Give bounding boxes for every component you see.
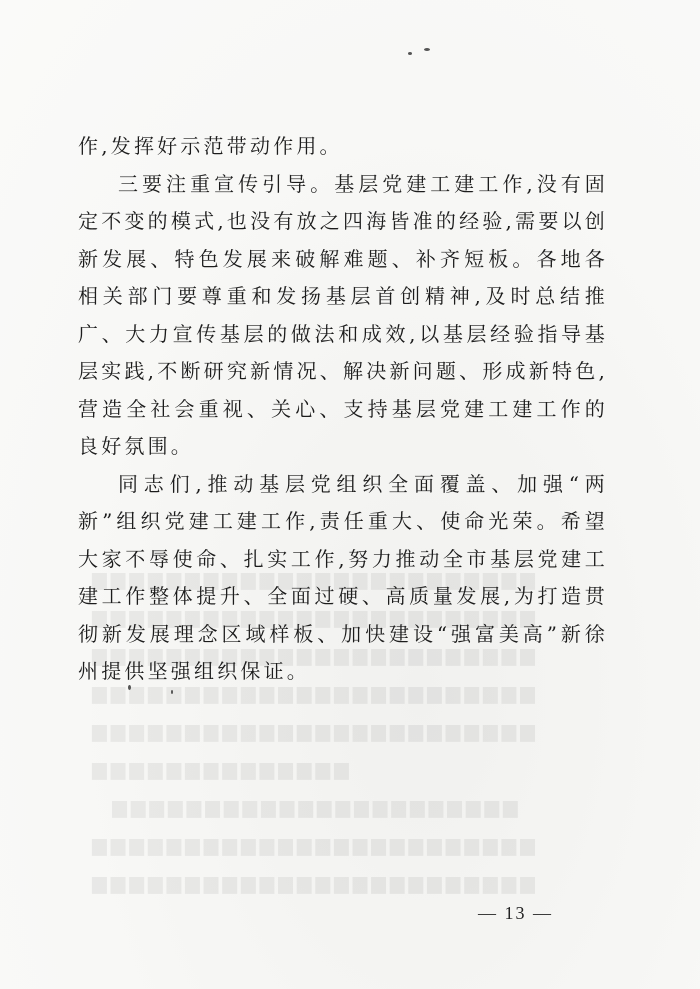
scan-speck: [408, 52, 412, 55]
body-text: 作,发挥好示范带动作用。 三要注重宣传引导。基层党建工建工作,没有固定不变的模式…: [78, 128, 608, 691]
scan-speck: [424, 48, 430, 51]
scanned-page: ▆▆▆▆▆▆▆▆▆▆▆▆▆▆▆▆▆▆▆▆▆▆▆▆▆▆▆▆▆▆▆▆▆▆▆▆▆▆▆▆…: [0, 0, 700, 989]
paragraph-closing: 同志们,推动基层党组织全面覆盖、加强“两新”组织党建工建工作,责任重大、使命光荣…: [78, 466, 608, 691]
paragraph-continuation: 作,发挥好示范带动作用。: [78, 128, 608, 166]
scan-speck: [171, 690, 173, 694]
paragraph-publicity-guidance: 三要注重宣传引导。基层党建工建工作,没有固定不变的模式,也没有放之四海皆准的经验…: [78, 166, 608, 466]
page-number: — 13 —: [478, 903, 553, 924]
